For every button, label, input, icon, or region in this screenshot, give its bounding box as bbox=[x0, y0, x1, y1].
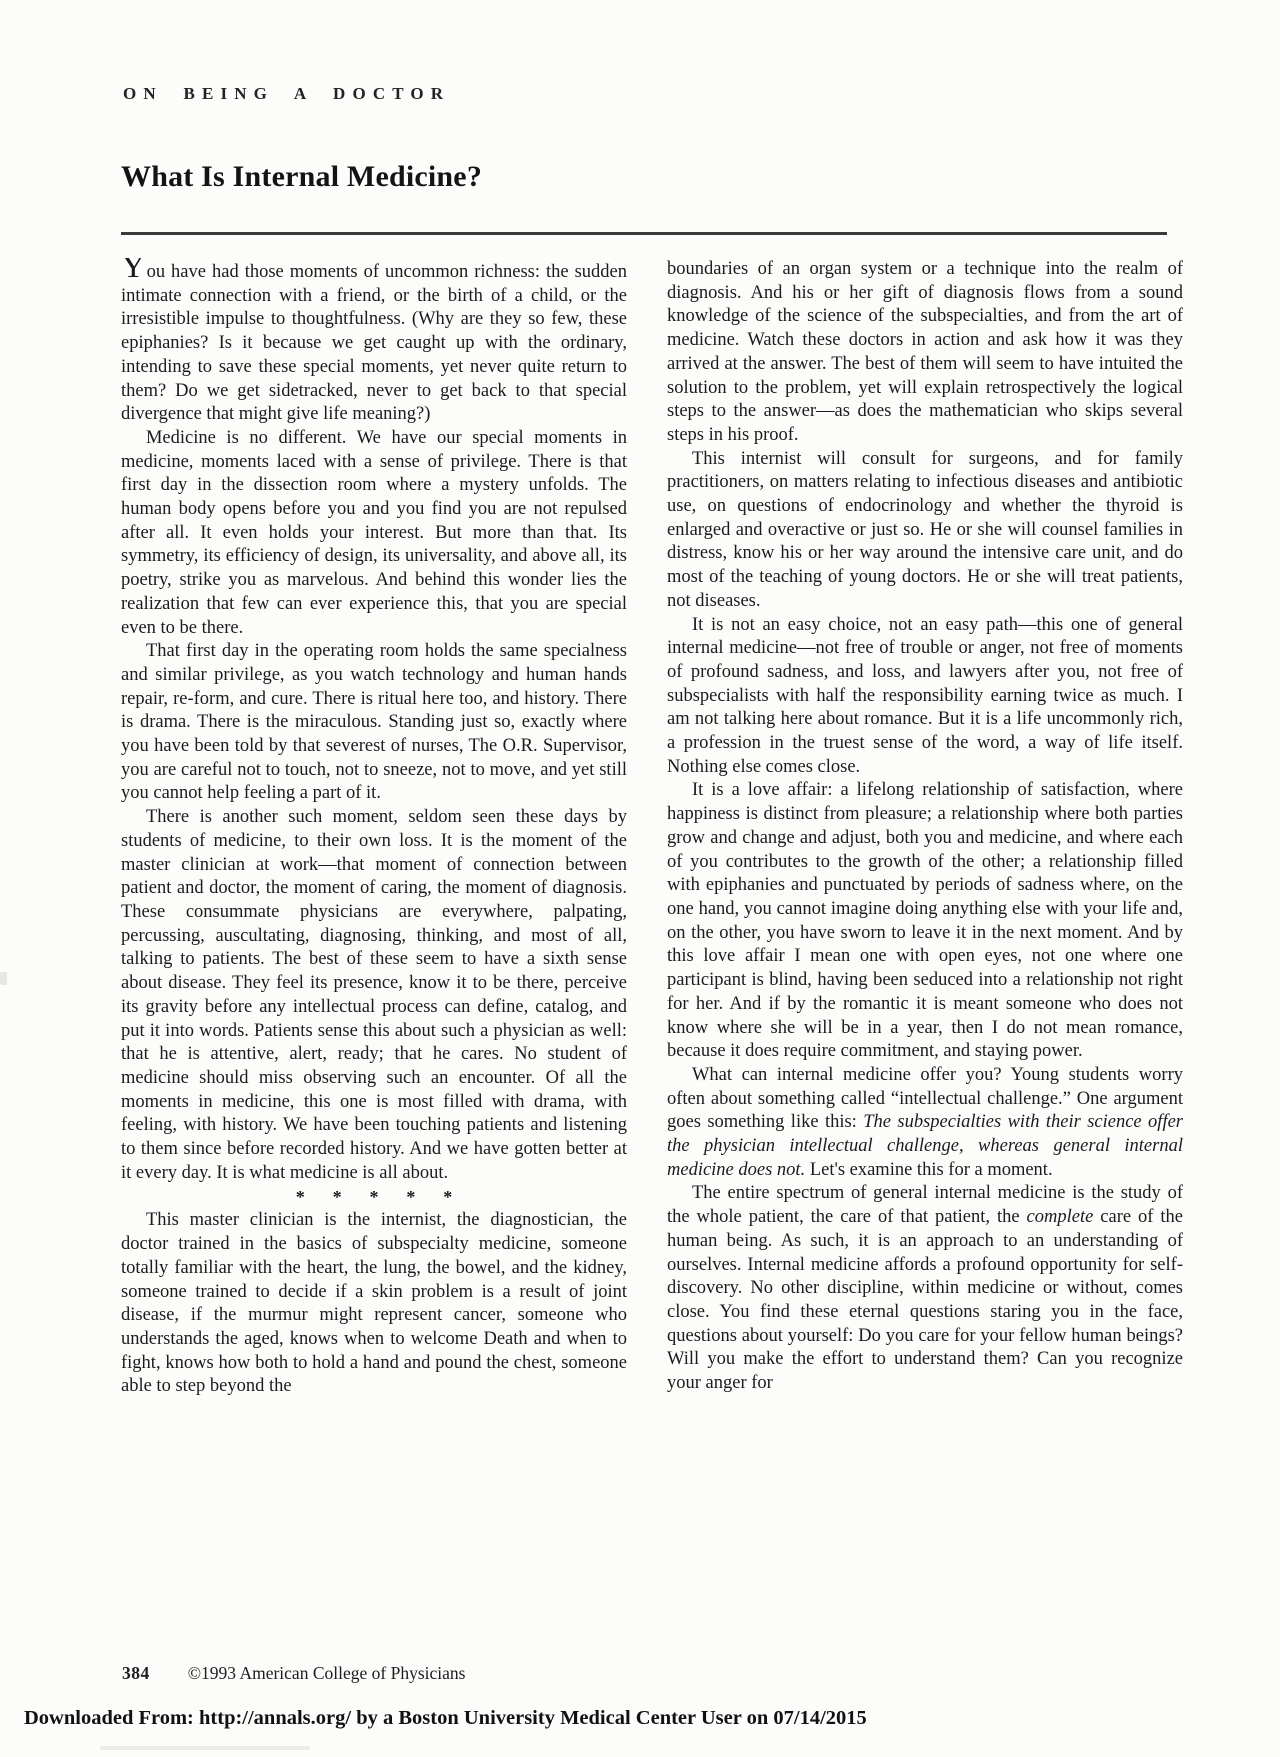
paragraph: What can internal medicine offer you? Yo… bbox=[667, 1064, 1183, 1183]
paragraph: This internist will consult for surgeons… bbox=[667, 448, 1183, 614]
body-text: Let's examine this for a moment. bbox=[805, 1160, 1052, 1180]
paragraph: It is not an easy choice, not an easy pa… bbox=[667, 614, 1183, 780]
page-footer: 384©1993 American College of Physicians bbox=[122, 1663, 465, 1684]
article-body: You have had those moments of uncommon r… bbox=[121, 258, 1183, 1650]
drop-cap: Y bbox=[121, 258, 147, 285]
copyright-notice: ©1993 American College of Physicians bbox=[188, 1663, 466, 1683]
body-text: This master clinician is the internist, … bbox=[121, 1210, 627, 1396]
paragraph: The entire spectrum of general internal … bbox=[667, 1182, 1183, 1395]
column-right: boundaries of an organ system or a techn… bbox=[667, 258, 1183, 1650]
scan-artifact bbox=[0, 972, 7, 985]
paragraph: That first day in the operating room hol… bbox=[121, 640, 627, 806]
paragraph: You have had those moments of uncommon r… bbox=[121, 258, 627, 427]
article-title: What Is Internal Medicine? bbox=[121, 160, 482, 194]
journal-page: ON BEING A DOCTOR What Is Internal Medic… bbox=[0, 0, 1280, 1757]
italic-text: complete bbox=[1027, 1207, 1094, 1227]
paragraph: This master clinician is the internist, … bbox=[121, 1209, 627, 1399]
body-text: Medicine is no different. We have our sp… bbox=[121, 428, 627, 638]
paragraph: boundaries of an organ system or a techn… bbox=[667, 258, 1183, 448]
page-number: 384 bbox=[122, 1663, 150, 1683]
download-watermark: Downloaded From: http://annals.org/ by a… bbox=[24, 1707, 867, 1730]
paragraph: It is a love affair: a lifelong relation… bbox=[667, 779, 1183, 1063]
section-kicker: ON BEING A DOCTOR bbox=[123, 84, 450, 104]
body-text: There is another such moment, seldom see… bbox=[121, 807, 627, 1183]
body-text: That first day in the operating room hol… bbox=[121, 641, 627, 803]
body-text: It is a love affair: a lifelong relation… bbox=[667, 780, 1183, 1061]
paragraph: There is another such moment, seldom see… bbox=[121, 806, 627, 1185]
body-text: care of the human being. As such, it is … bbox=[667, 1207, 1183, 1393]
scan-artifact bbox=[100, 1746, 310, 1750]
body-text: ou have had those moments of uncommon ri… bbox=[121, 262, 627, 424]
header-rule bbox=[121, 232, 1167, 235]
body-text: boundaries of an organ system or a techn… bbox=[667, 259, 1183, 445]
paragraph: Medicine is no different. We have our sp… bbox=[121, 427, 627, 640]
section-separator: * * * * * bbox=[121, 1186, 627, 1208]
body-text: This internist will consult for surgeons… bbox=[667, 449, 1183, 611]
column-left: You have had those moments of uncommon r… bbox=[121, 258, 627, 1650]
body-text: It is not an easy choice, not an easy pa… bbox=[667, 615, 1183, 777]
